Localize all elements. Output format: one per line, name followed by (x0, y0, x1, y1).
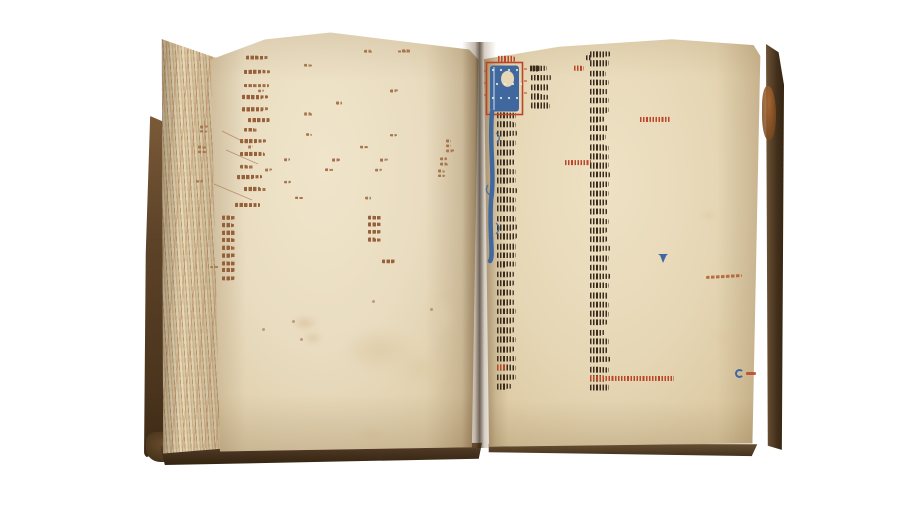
ink-stroke (497, 328, 511, 333)
ink-stroke (590, 135, 600, 140)
ink-stroke (590, 71, 598, 76)
gothic-text-line-col2 (590, 209, 690, 214)
gothic-text-line-col2 (590, 283, 659, 288)
ink-stroke (590, 108, 599, 113)
ink-stroke (590, 255, 609, 260)
ink-stroke (590, 366, 594, 371)
gothic-text-line-col1 (497, 384, 554, 389)
gothic-text-line-col1 (497, 328, 591, 333)
gothic-text-line-col2 (590, 107, 688, 112)
ink-stroke (590, 293, 602, 298)
gothic-text-line-col1 (531, 66, 592, 71)
gothic-text-line-col2 (590, 246, 690, 251)
ink-stroke (590, 89, 597, 94)
ink-stroke (531, 94, 536, 99)
ink-stroke (497, 338, 510, 343)
gothic-text-line-col2 (590, 348, 688, 353)
gothic-text-line-col2 (590, 117, 665, 122)
ink-stroke (590, 210, 596, 215)
ink-stroke (531, 66, 535, 71)
gothic-text-line-col2 (590, 191, 689, 196)
gothic-text-line-col2 (590, 274, 688, 279)
gothic-text-line-col2 (590, 255, 690, 260)
ink-stroke (590, 125, 597, 130)
ink-stroke (590, 62, 601, 67)
ink-stroke (497, 319, 509, 324)
ink-stroke (590, 338, 596, 343)
gothic-text-line-col2 (590, 265, 689, 270)
ink-stroke (590, 237, 602, 242)
ink-stroke (590, 145, 604, 150)
ink-stroke (497, 374, 500, 379)
gothic-text-line-col2 (590, 181, 690, 186)
manuscript-photo (0, 0, 920, 518)
catchmark-initial-C (735, 369, 744, 378)
ink-stroke (531, 85, 549, 90)
ink-stroke (590, 153, 594, 158)
gothic-text-line-col2 (590, 52, 689, 57)
ink-stroke (590, 51, 599, 56)
ink-stroke (497, 280, 503, 285)
ink-layer (0, 0, 920, 518)
red-ink-word (497, 365, 506, 370)
gothic-text-line-col2 (590, 357, 691, 362)
initial-descender (490, 112, 492, 261)
ink-stroke (590, 200, 608, 205)
ink-stroke (497, 356, 503, 361)
catchmark-red-dash (746, 372, 756, 375)
gothic-text-line-col1 (497, 290, 593, 295)
gothic-text-line-col1 (531, 85, 593, 90)
red-ink-word (565, 160, 591, 165)
foxing-spot (700, 210, 716, 220)
gothic-text-line-col2 (590, 320, 689, 325)
red-ink-word (590, 376, 674, 381)
gothic-text-line-col2 (590, 154, 688, 159)
gothic-text-line-col2 (590, 98, 690, 103)
ink-stroke (590, 172, 598, 177)
gothic-text-line-col1 (497, 318, 595, 323)
ink-stroke (590, 311, 605, 316)
ink-stroke (590, 330, 596, 335)
gothic-text-line-col2 (590, 228, 688, 233)
ink-stroke (531, 103, 549, 108)
gothic-text-line-col2 (590, 200, 691, 205)
ink-stroke (590, 98, 601, 103)
gothic-text-line-col2 (590, 144, 690, 149)
ink-stroke (590, 348, 600, 353)
ink-stroke (590, 163, 609, 168)
connector-line (226, 150, 258, 164)
connector-line (214, 184, 252, 200)
gothic-text-line-col2 (590, 339, 687, 344)
gothic-text-line-col1 (497, 346, 594, 351)
ink-stroke (590, 190, 596, 195)
ink-stroke (497, 272, 505, 277)
ink-stroke (590, 247, 601, 252)
ink-stroke (590, 385, 593, 390)
gothic-text-line-col1 (531, 103, 594, 108)
gothic-text-line-col1 (497, 375, 592, 380)
gothic-text-line-col2 (590, 302, 689, 307)
ink-stroke (590, 265, 602, 270)
gothic-text-line-col1 (497, 272, 558, 277)
gothic-text-line-col2 (590, 311, 690, 316)
ink-stroke (497, 347, 505, 352)
gothic-text-line-col2 (590, 366, 689, 371)
ink-stroke (590, 283, 605, 288)
gothic-text-line-col2 (590, 135, 687, 140)
ink-stroke (590, 219, 609, 224)
gothic-text-line-col1 (497, 281, 594, 286)
gothic-text-line-col1 (497, 309, 591, 314)
gothic-text-line-col2 (590, 163, 689, 168)
foxing-spot (712, 330, 734, 344)
gothic-text-line-col1 (531, 75, 592, 80)
ink-stroke (590, 117, 598, 122)
gothic-text-line-col2 (590, 237, 689, 242)
ink-stroke (497, 290, 505, 295)
gothic-text-line-col2 (590, 385, 672, 390)
gothic-text-line-col1 (531, 94, 592, 99)
ink-stroke (497, 384, 502, 389)
foxing-spot (560, 420, 590, 432)
gothic-text-line-col2 (590, 126, 691, 131)
gothic-text-line-col1 (497, 337, 592, 342)
illuminated-initial-P (484, 61, 530, 267)
connector-line (222, 131, 244, 142)
gothic-text-line-col2 (590, 80, 691, 85)
gothic-text-line-col2 (590, 376, 688, 381)
gothic-text-line-col2 (590, 329, 689, 334)
ink-stroke (590, 320, 607, 325)
gothic-text-line-col2 (590, 218, 688, 223)
ink-stroke (590, 302, 605, 307)
gothic-text-line-col2 (590, 292, 690, 297)
gothic-text-line-col1 (497, 356, 590, 361)
ink-stroke (590, 80, 596, 85)
red-ink-word (640, 117, 670, 122)
gothic-text-line-col1 (497, 365, 592, 370)
gothic-text-line-col2 (590, 61, 690, 66)
gloss-connector-lines (0, 0, 920, 518)
gothic-text-line-col2 (590, 89, 690, 94)
gothic-text-line-col1 (497, 300, 595, 305)
gothic-text-line-col2 (590, 70, 687, 75)
ink-stroke (590, 182, 602, 187)
ink-stroke (590, 228, 606, 233)
gothic-text-line-col2 (590, 172, 692, 177)
ink-stroke (590, 273, 601, 278)
ink-stroke (531, 75, 538, 80)
ink-stroke (590, 357, 608, 362)
ink-stroke (497, 300, 512, 305)
ink-stroke (497, 309, 514, 314)
